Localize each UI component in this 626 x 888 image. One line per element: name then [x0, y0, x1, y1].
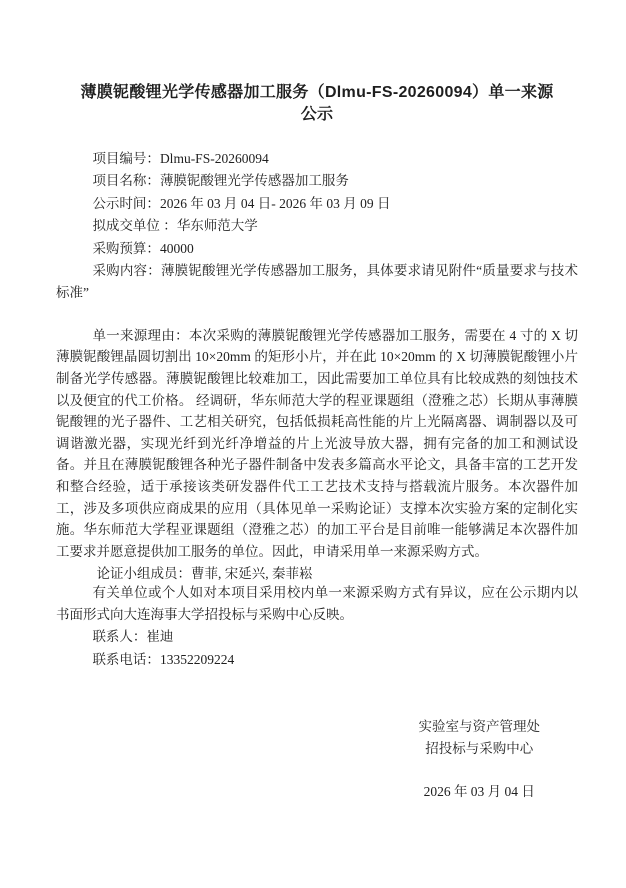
- project-name-value: 薄膜铌酸锂光学传感器加工服务: [160, 173, 349, 188]
- project-info-block: 项目编号：Dlmu-FS-20260094 项目名称：薄膜铌酸锂光学传感器加工服…: [56, 148, 578, 305]
- title-line-2: 公示: [56, 104, 578, 126]
- signature-org-line-1: 实验室与资产管理处: [419, 716, 541, 738]
- awarded-supplier-label: 拟成交单位 ：: [92, 218, 176, 233]
- contact-phone-value: 13352209224: [160, 652, 234, 667]
- budget-label: 采购预算：: [92, 241, 160, 256]
- awarded-supplier-value: 华东师范大学: [177, 218, 258, 233]
- document-page: 薄膜铌酸锂光学传感器加工服务（Dlmu-FS-20260094）单一来源 公示 …: [0, 0, 626, 888]
- objection-notice-paragraph: 有关单位或个人如对本项目采用校内单一来源采购方式有异议，应在公示期内以书面形式向…: [56, 582, 578, 624]
- signature-date: 2026 年 03 月 04 日: [419, 781, 541, 803]
- project-name-label: 项目名称：: [92, 173, 160, 188]
- signature-org-line-2: 招投标与采购中心: [419, 738, 541, 760]
- title-line-1: 薄膜铌酸锂光学传感器加工服务（Dlmu-FS-20260094）单一来源: [56, 82, 578, 104]
- procurement-content-line: 采购内容：薄膜铌酸锂光学传感器加工服务，具体要求请见附件“质量要求与技术标准”: [56, 260, 578, 305]
- contact-person-value: 崔迪: [146, 629, 173, 644]
- project-number-line: 项目编号：Dlmu-FS-20260094: [56, 148, 578, 170]
- project-number-label: 项目编号：: [92, 151, 160, 166]
- contact-phone-label: 联系电话：: [92, 652, 160, 667]
- budget-value: 40000: [160, 241, 194, 256]
- budget-line: 采购预算：40000: [56, 238, 578, 260]
- signature-block: 实验室与资产管理处 招投标与采购中心 2026 年 03 月 04 日: [419, 716, 541, 804]
- publicity-period-value: 2026 年 03 月 04 日- 2026 年 03 月 09 日: [160, 196, 391, 211]
- panel-members-line: 论证小组成员：曹菲, 宋延兴, 秦菲崧: [56, 565, 578, 582]
- contact-phone-line: 联系电话：13352209224: [56, 649, 578, 671]
- notice-document: 薄膜铌酸锂光学传感器加工服务（Dlmu-FS-20260094）单一来源 公示 …: [0, 0, 626, 804]
- procurement-content-label: 采购内容：: [92, 263, 161, 278]
- contact-person-label: 联系人：: [92, 629, 146, 644]
- publicity-period-label: 公示时间：: [92, 196, 160, 211]
- publicity-period-line: 公示时间：2026 年 03 月 04 日- 2026 年 03 月 09 日: [56, 193, 578, 215]
- project-number-value: Dlmu-FS-20260094: [160, 151, 269, 166]
- project-name-line: 项目名称：薄膜铌酸锂光学传感器加工服务: [56, 170, 578, 192]
- single-source-reason-paragraph: 单一来源理由：本次采购的薄膜铌酸锂光学传感器加工服务，需要在 4 寸的 X 切薄…: [56, 325, 578, 563]
- page-title: 薄膜铌酸锂光学传感器加工服务（Dlmu-FS-20260094）单一来源 公示: [56, 0, 578, 126]
- awarded-supplier-line: 拟成交单位 ：华东师范大学: [56, 215, 578, 237]
- contact-person-line: 联系人：崔迪: [56, 626, 578, 648]
